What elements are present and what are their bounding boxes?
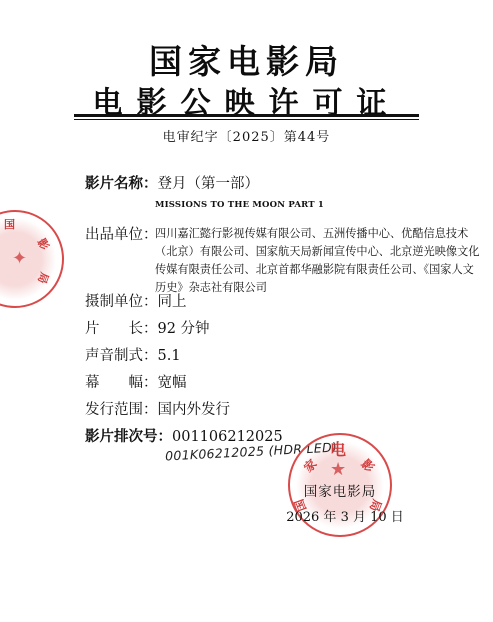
field-label: 摄制单位： [85, 292, 158, 312]
field-label: 影片排次号： [85, 427, 172, 447]
header-rule-thin [74, 119, 419, 120]
field-value: 登月（第一部） [158, 174, 260, 194]
issue-date: 2026 年 3 月 10 日 [285, 506, 405, 525]
field-label: 幕 幅： [85, 373, 158, 393]
field-value: 宽幅 [158, 373, 187, 393]
seal-char: 局 [34, 270, 53, 286]
seal-char: 影 [34, 235, 53, 253]
field-label: 片 长： [85, 319, 158, 339]
header-rule-thick [74, 114, 419, 117]
field-screen-format: 幕 幅： 宽幅 [85, 373, 187, 393]
seal-char: 影 [358, 455, 379, 476]
seal-char: 国 [4, 216, 15, 232]
seal-char: 家 [300, 455, 321, 476]
issuer-name: 国家电影局 [290, 480, 390, 500]
field-value: 国内外发行 [158, 400, 231, 420]
document-number: 电审纪字〔2025〕第44号 [0, 126, 493, 145]
english-title: MISSIONS TO THE MOON PART 1 [155, 200, 324, 210]
field-sound-format: 声音制式： 5.1 [85, 346, 181, 366]
field-value: 5.1 [158, 346, 181, 366]
field-runtime: 片 长： 92 分钟 [85, 319, 210, 339]
field-producers-value: 四川嘉汇懿行影视传媒有限公司、五洲传播中心、优酷信息技术（北京）有限公司、国家航… [155, 225, 485, 297]
field-label: 出品单位： [85, 225, 158, 245]
field-film-title: 影片名称： 登月（第一部） [85, 174, 259, 194]
field-distribution-scope: 发行范围： 国内外发行 [85, 400, 230, 420]
left-seal-stamp: 国 影 局 ✦ [0, 210, 64, 308]
field-label: 发行范围： [85, 400, 158, 420]
national-emblem-icon: ✦ [12, 248, 27, 269]
authority-title: 国家电影局 [0, 36, 493, 83]
field-label: 声音制式： [85, 346, 158, 366]
field-production-unit: 摄制单位： 同上 [85, 292, 187, 312]
field-label: 影片名称： [85, 174, 158, 194]
seal-char: 电 [330, 437, 346, 460]
field-value: 92 分钟 [158, 319, 210, 339]
field-producers-label: 出品单位： [85, 225, 158, 245]
national-emblem-icon: ★ [330, 459, 346, 480]
field-value: 同上 [158, 292, 187, 312]
